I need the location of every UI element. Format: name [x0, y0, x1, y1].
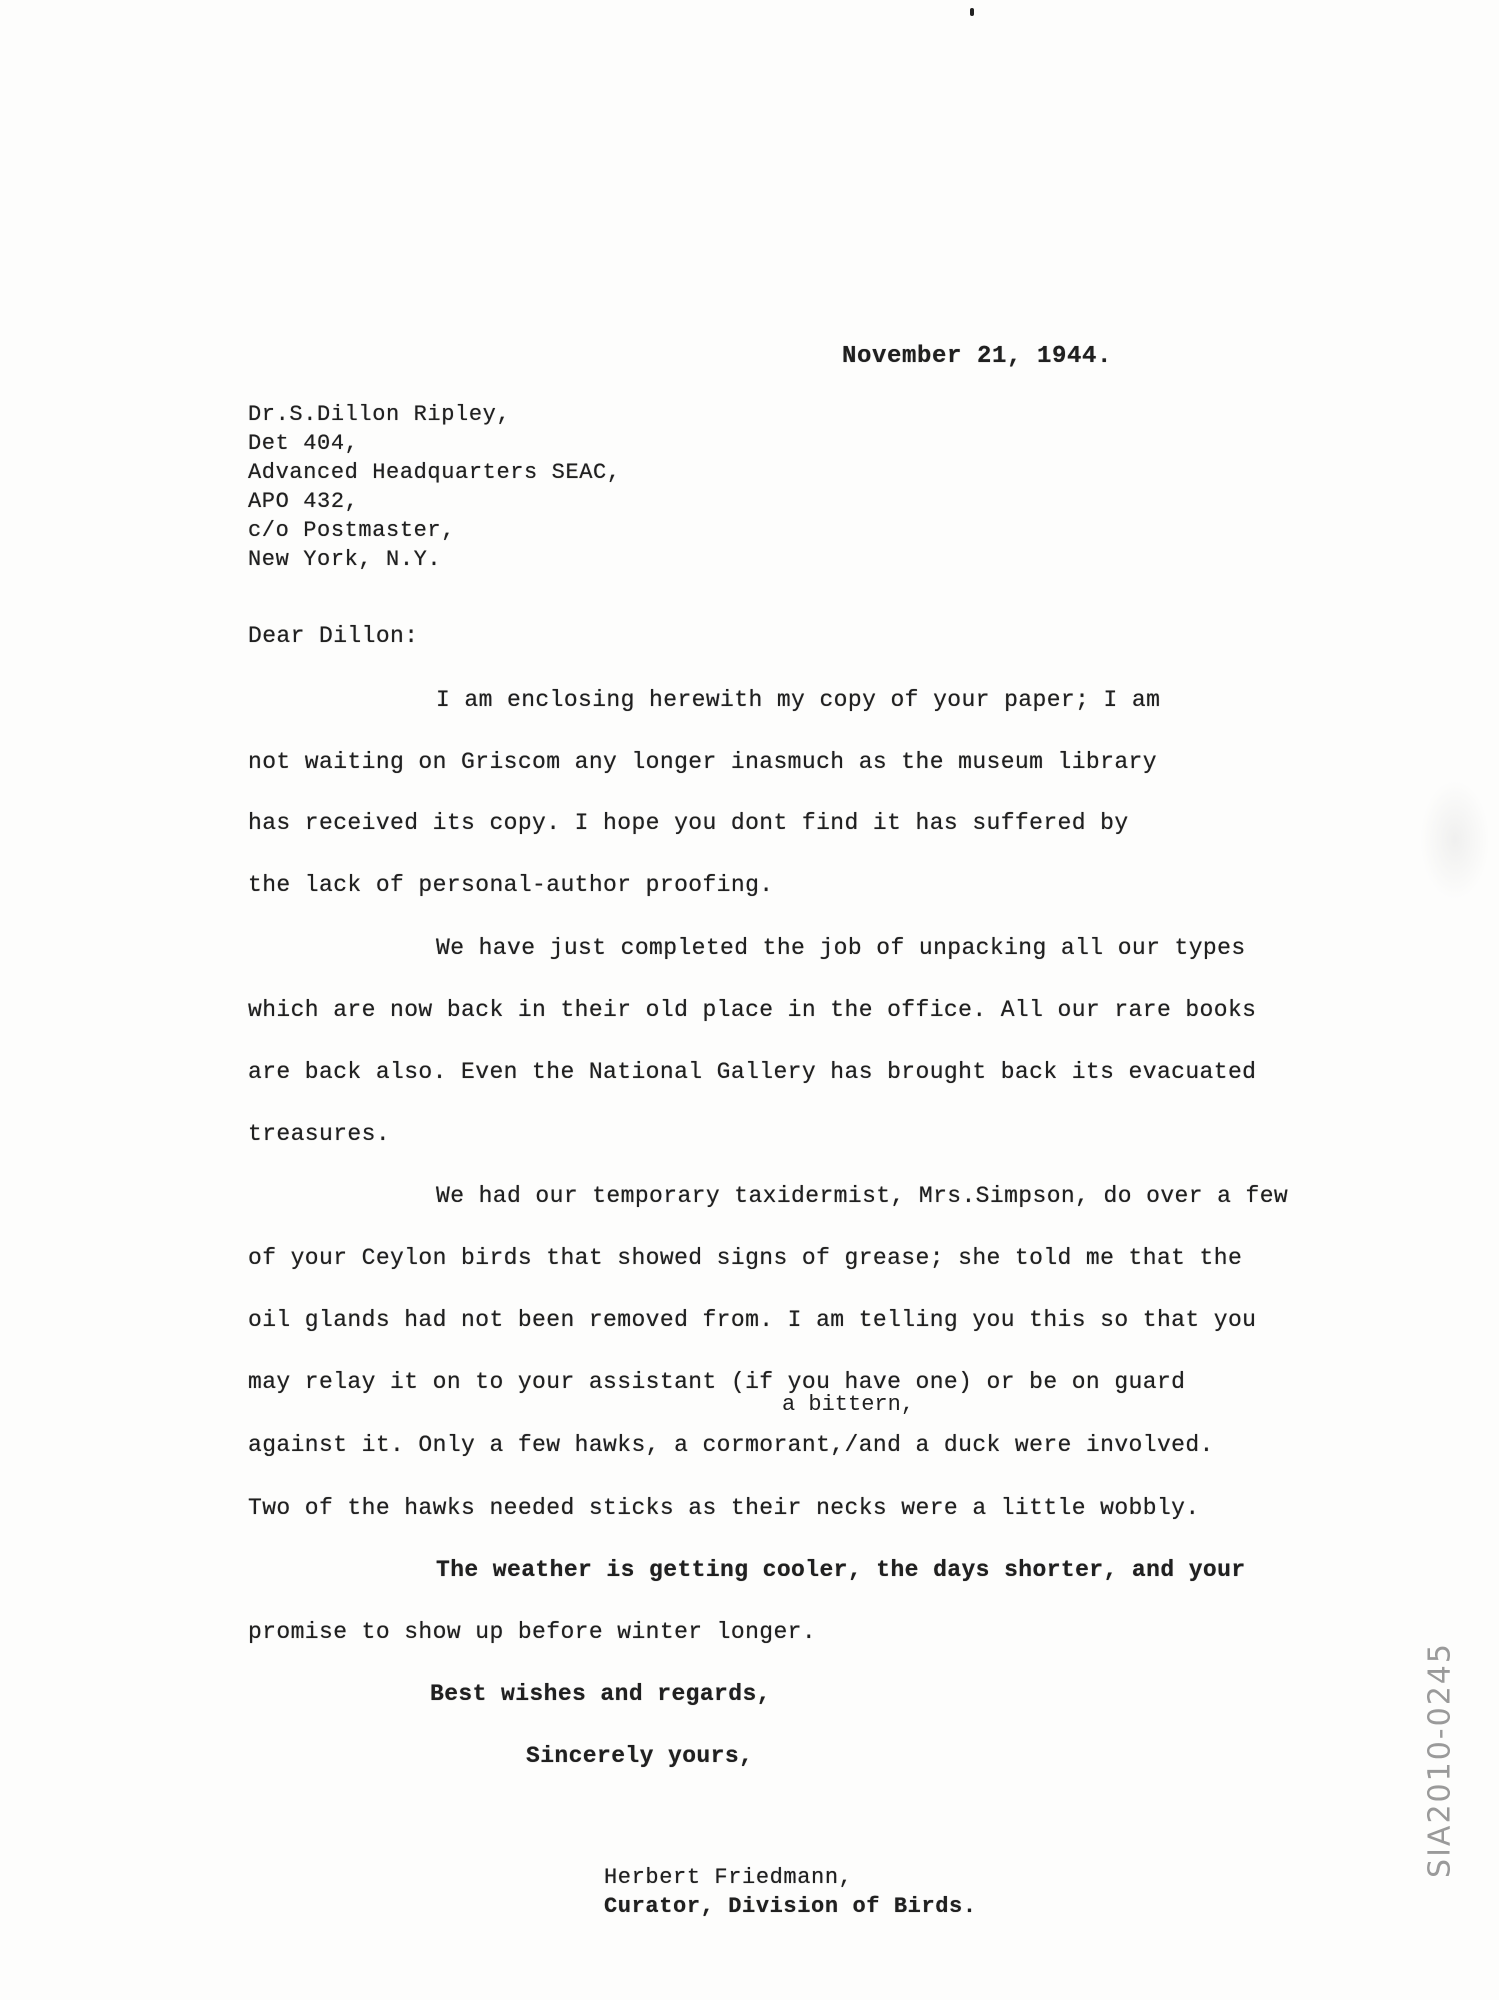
paragraph-line: treasures. [248, 1121, 390, 1147]
signature-name: Herbert Friedmann, [604, 1865, 852, 1890]
interlinear-insertion: a bittern, [782, 1392, 914, 1417]
paragraph-line: the lack of personal-author proofing. [248, 872, 773, 898]
address-line: c/o Postmaster, [248, 518, 455, 543]
paragraph-line: We have just completed the job of unpack… [436, 935, 1246, 961]
salutation: Dear Dillon: [248, 623, 418, 649]
letter-date: November 21, 1944. [842, 343, 1112, 370]
paragraph-line: The weather is getting cooler, the days … [436, 1557, 1246, 1583]
paragraph-line: oil glands had not been removed from. I … [248, 1307, 1256, 1333]
valediction: Sincerely yours, [526, 1743, 753, 1769]
paper-smudge [1420, 780, 1490, 900]
closing-line: Best wishes and regards, [430, 1681, 771, 1707]
address-line: APO 432, [248, 489, 358, 514]
paragraph-line: may relay it on to your assistant (if yo… [248, 1369, 1185, 1395]
paragraph-line: which are now back in their old place in… [248, 997, 1256, 1023]
ink-mark [970, 8, 974, 16]
paragraph-line: We had our temporary taxidermist, Mrs.Si… [436, 1183, 1288, 1209]
address-line: New York, N.Y. [248, 547, 441, 572]
address-line: Advanced Headquarters SEAC, [248, 460, 621, 485]
signature-title: Curator, Division of Birds. [604, 1894, 977, 1919]
paragraph-line: against it. Only a few hawks, a cormoran… [248, 1432, 1214, 1458]
address-line: Dr.S.Dillon Ripley, [248, 402, 510, 427]
address-line: Det 404, [248, 431, 358, 456]
paragraph-line: I am enclosing herewith my copy of your … [436, 687, 1160, 713]
paragraph-line: are back also. Even the National Gallery… [248, 1059, 1256, 1085]
paragraph-line: has received its copy. I hope you dont f… [248, 810, 1129, 836]
paragraph-line: of your Ceylon birds that showed signs o… [248, 1245, 1242, 1271]
letter-page: November 21, 1944. Dr.S.Dillon Ripley, D… [0, 0, 1499, 2000]
paragraph-line: Two of the hawks needed sticks as their … [248, 1495, 1200, 1521]
paragraph-line: not waiting on Griscom any longer inasmu… [248, 749, 1157, 775]
paragraph-line: promise to show up before winter longer. [248, 1619, 816, 1645]
archive-number-note: SIA2010-0245 [1423, 1642, 1458, 1878]
